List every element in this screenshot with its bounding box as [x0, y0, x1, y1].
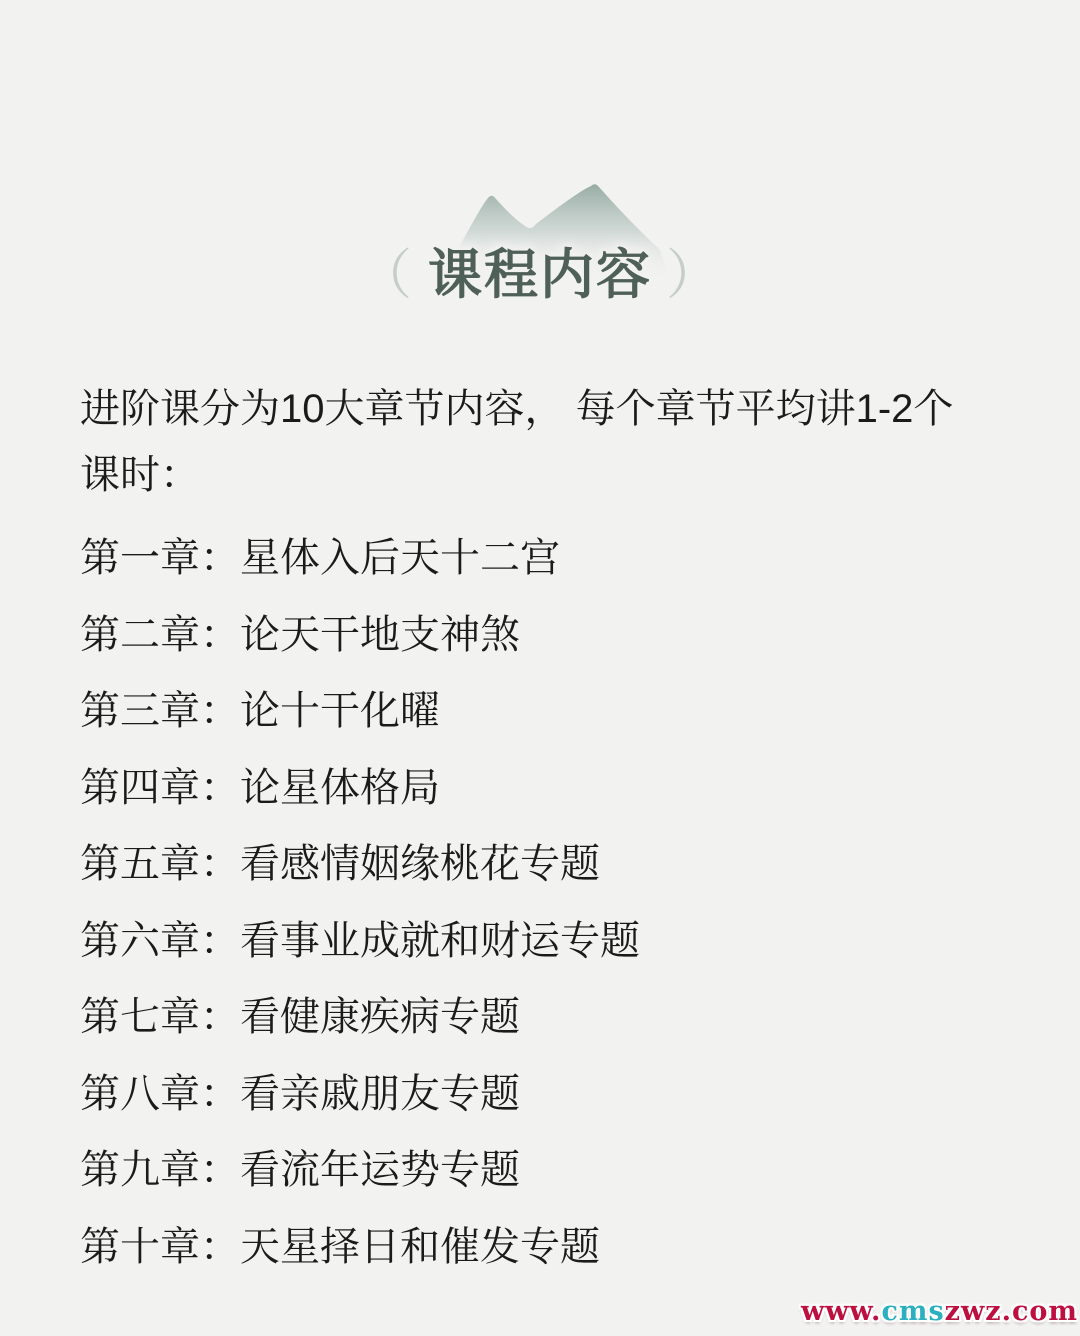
intro-paragraph: 进阶课分为10大章节内容， 每个章节平均讲1-2个 课时：: [80, 376, 1030, 508]
page-title-text: 课程内容: [428, 245, 652, 305]
chapter-item-6: 第六章：看事业成就和财运专题: [80, 903, 1030, 980]
close-paren-decoration: ）: [666, 245, 722, 305]
page-title: （课程内容）: [0, 245, 1080, 305]
chapter-item-10: 第十章：天星择日和催发专题: [80, 1209, 1030, 1286]
chapter-item-3: 第三章：论十干化曜: [80, 673, 1030, 750]
watermark-zwz-segment: zwz.com: [945, 1296, 1078, 1327]
content-area: 进阶课分为10大章节内容， 每个章节平均讲1-2个 课时： 第一章：星体入后天十…: [0, 376, 1080, 1285]
chapter-item-1: 第一章：星体入后天十二宫: [80, 520, 1030, 597]
watermark-cms-segment: cms: [881, 1296, 944, 1327]
chapter-item-2: 第二章：论天干地支神煞: [80, 597, 1030, 674]
watermark-www-segment: www.: [801, 1296, 881, 1327]
chapter-item-4: 第四章：论星体格局: [80, 750, 1030, 827]
chapter-item-8: 第八章：看亲戚朋友专题: [80, 1056, 1030, 1133]
chapter-item-7: 第七章：看健康疾病专题: [80, 979, 1030, 1056]
chapter-list: 第一章：星体入后天十二宫 第二章：论天干地支神煞 第三章：论十干化曜 第四章：论…: [80, 520, 1030, 1285]
open-paren-decoration: （: [358, 245, 414, 305]
site-watermark: www.cmszwz.com: [801, 1296, 1078, 1327]
course-content-page: （课程内容） 进阶课分为10大章节内容， 每个章节平均讲1-2个 课时： 第一章…: [0, 0, 1080, 1336]
chapter-item-5: 第五章：看感情姻缘桃花专题: [80, 826, 1030, 903]
hero-header: （课程内容）: [0, 0, 1080, 340]
intro-line-1: 进阶课分为10大章节内容， 每个章节平均讲1-2个: [80, 376, 1030, 442]
chapter-item-9: 第九章：看流年运势专题: [80, 1132, 1030, 1209]
intro-line-2: 课时：: [80, 442, 1030, 508]
